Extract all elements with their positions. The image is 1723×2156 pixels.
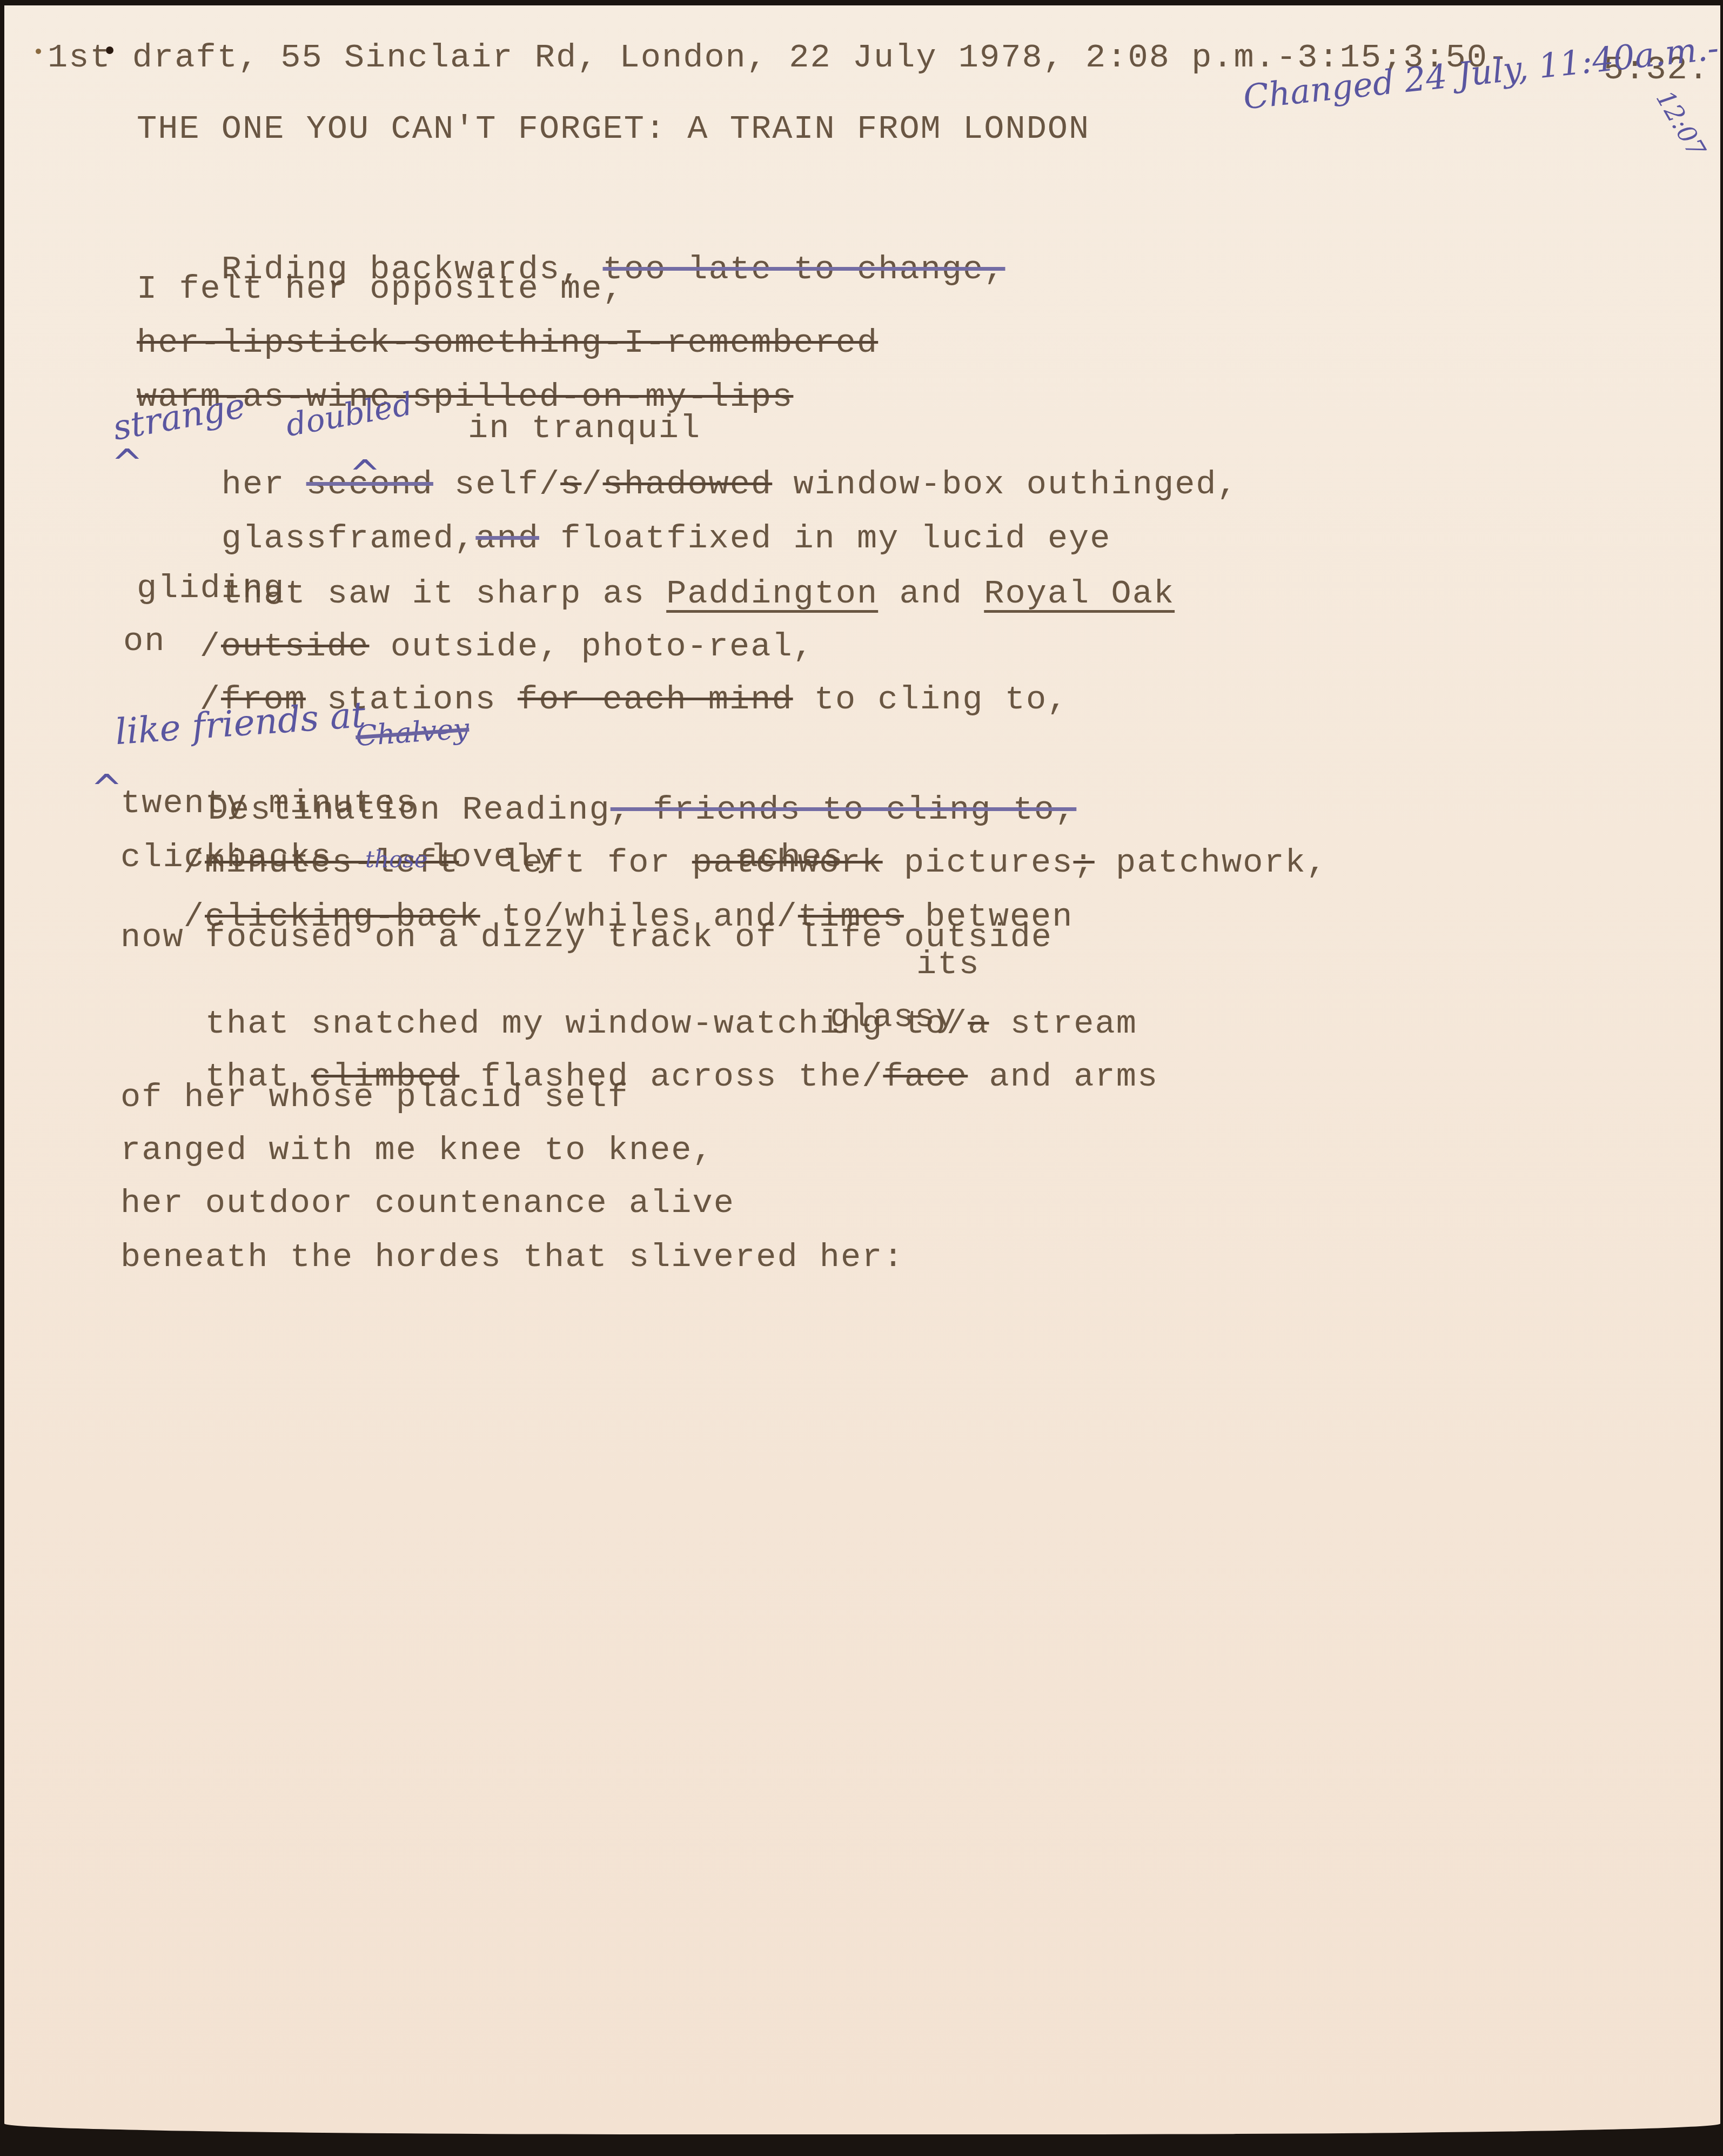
handwritten-end-time: 12:07 <box>1652 86 1709 161</box>
poem-line-struck: her-lipstick-something-I-remembered <box>137 326 878 360</box>
poem-line: now focused on a dizzy track of life out… <box>120 921 1052 954</box>
poem-line: beneath the hordes that slivered her: <box>120 1241 904 1274</box>
insertion-caret-icon: ^ <box>91 766 123 811</box>
poem-line: of her whose placid self <box>120 1081 629 1114</box>
line-text: patchwork, <box>1095 843 1328 882</box>
poem-title: THE ONE YOU CAN'T FORGET: A TRAIN FROM L… <box>137 112 1090 146</box>
line-text: to cling to, <box>793 680 1069 719</box>
underlined-place: Royal Oak <box>984 574 1175 613</box>
poem-line: ranged with me knee to knee, <box>120 1134 714 1167</box>
draft-header: 1st draft, 55 Sinclair Rd, London, 22 Ju… <box>48 41 1509 75</box>
struck-text: face <box>883 1057 968 1096</box>
manuscript-page: 1st draft, 55 Sinclair Rd, London, 22 Ju… <box>4 5 1720 2134</box>
poem-line: her outdoor countenance alive <box>120 1187 735 1220</box>
poem-line: I felt her opposite me, <box>137 272 624 306</box>
handwritten-struck-word: Chalvey <box>354 715 470 751</box>
ink-spot <box>36 49 41 54</box>
struck-text: too late to change, <box>603 250 1005 289</box>
struck-text: ; <box>1074 843 1095 882</box>
struck-text: for each mind <box>518 680 793 719</box>
line-text: and arms <box>968 1057 1158 1096</box>
line-text: and <box>878 574 984 613</box>
